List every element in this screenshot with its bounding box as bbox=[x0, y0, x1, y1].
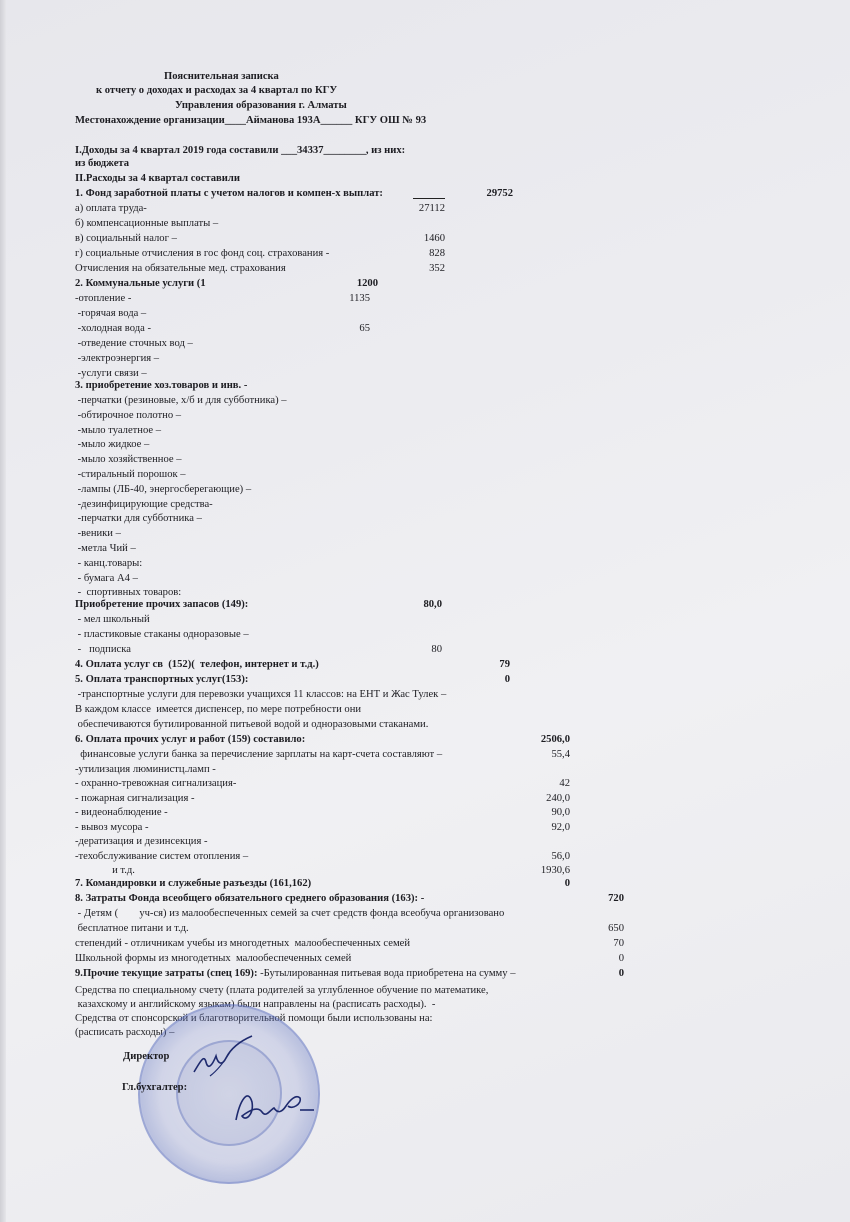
fund-item-value: 70 bbox=[590, 938, 624, 950]
fund-item-value: 0 bbox=[590, 953, 624, 965]
director-label: Директор bbox=[123, 1051, 169, 1063]
service-item: -техобслуживание систем отопления – bbox=[75, 851, 248, 863]
supply-item: -мыло туалетное – bbox=[75, 425, 161, 437]
section5-title: 5. Оплата транспортных услуг(153): bbox=[75, 674, 248, 686]
section8-title: 8. Затраты Фонда всеобщего обязательного… bbox=[75, 893, 424, 905]
section7-title: 7. Командировки и служебные разъезды (16… bbox=[75, 878, 311, 890]
supply-item: - бумага А4 – bbox=[75, 573, 138, 585]
other-supply-item-value: 80 bbox=[410, 644, 442, 656]
section7-total: 0 bbox=[540, 878, 570, 890]
utility-item: -отведение сточных вод – bbox=[75, 338, 193, 350]
service-item: финансовые услуги банка за перечисление … bbox=[75, 749, 442, 761]
service-item-value: 92,0 bbox=[510, 822, 570, 834]
section8-total: 720 bbox=[590, 893, 624, 905]
salary-item: б) компенсационные выплаты – bbox=[75, 218, 218, 230]
accountant-label: Гл.бухгалтер: bbox=[122, 1082, 187, 1094]
section1-title: 1. Фонд заработной платы с учетом налого… bbox=[75, 188, 383, 200]
director-signature bbox=[190, 1032, 260, 1082]
utility-item: -электроэнергия – bbox=[75, 353, 159, 365]
salary-item: Отчисления на обязательные мед. страхова… bbox=[75, 263, 286, 275]
section9-title: 9.Прочие текущие затраты (спец 169): bbox=[75, 968, 257, 979]
service-item-value: 55,4 bbox=[510, 749, 570, 761]
service-item: - вывоз мусора - bbox=[75, 822, 149, 834]
section9-total: 0 bbox=[590, 968, 624, 980]
utility-item: -отопление - bbox=[75, 293, 131, 305]
transport-note: обеспечиваются бутилированной питьевой в… bbox=[75, 719, 428, 731]
expenses-header: II.Расходы за 4 квартал составили bbox=[75, 173, 240, 185]
service-item: -дератизация и дезинсекция - bbox=[75, 836, 208, 848]
section3-title: 3. приобретение хоз.товаров и инв. - bbox=[75, 380, 247, 392]
supply-item: -стиральный порошок – bbox=[75, 469, 186, 481]
supply-item: -мыло хозяйственное – bbox=[75, 454, 182, 466]
supply-item: -лампы (ЛБ-40, энергосберегающие) – bbox=[75, 484, 251, 496]
footer-line: Средства по специальному счету (плата ро… bbox=[75, 985, 488, 997]
fund-item: степендий - отличникам учебы из многодет… bbox=[75, 938, 410, 950]
salary-item-value: 828 bbox=[400, 248, 445, 260]
fund-item: бесплатное питани и т.д. bbox=[75, 923, 189, 935]
salary-item: г) социальные отчисления в гос фонд соц.… bbox=[75, 248, 329, 260]
other-supply-item: - пластиковые стаканы одноразовые – bbox=[75, 629, 249, 641]
service-item-value: 56,0 bbox=[510, 851, 570, 863]
organization-location: Местонахождение организации____Айманова … bbox=[75, 115, 426, 127]
supply-item: - канц.товары: bbox=[75, 558, 142, 570]
service-item: - пожарная сигнализация - bbox=[75, 793, 195, 805]
supply-item: - спортивных товаров: bbox=[75, 587, 181, 599]
section4-title: 4. Оплата услуг св (152)( телефон, интер… bbox=[75, 659, 319, 671]
doc-subtitle-1: к отчету о доходах и расходах за 4 кварт… bbox=[96, 85, 337, 97]
utility-item-value: 65 bbox=[330, 323, 370, 335]
utility-item: -горячая вода – bbox=[75, 308, 146, 320]
section2-title: 2. Коммунальные услуги (1 bbox=[75, 278, 206, 290]
salary-item: а) оплата труда- bbox=[75, 203, 147, 215]
blank-underline bbox=[413, 198, 445, 199]
service-item-value: 1930,6 bbox=[510, 865, 570, 877]
service-item: и т.д. bbox=[75, 865, 135, 877]
supply-item: -метла Чий – bbox=[75, 543, 136, 555]
doc-subtitle-2: Управления образования г. Алматы bbox=[175, 100, 347, 112]
service-item: -утилизация люминистц.ламп - bbox=[75, 764, 216, 776]
paper-edge bbox=[0, 0, 6, 1222]
utility-item: -холодная вода - bbox=[75, 323, 151, 335]
other-supplies-total: 80,0 bbox=[400, 599, 442, 611]
section2-total: 1200 bbox=[330, 278, 378, 290]
utility-item: -услуги связи – bbox=[75, 368, 147, 380]
other-supply-item: - мел школьный bbox=[75, 614, 150, 626]
section9-text: -Бутылированная питьевая вода приобретен… bbox=[257, 968, 515, 979]
transport-note: В каждом классе имеется диспенсер, по ме… bbox=[75, 704, 361, 716]
service-item: - видеонаблюдение - bbox=[75, 807, 168, 819]
section5-total: 0 bbox=[480, 674, 510, 686]
transport-note: -транспортные услуги для перевозки учащи… bbox=[75, 689, 446, 701]
doc-title: Пояснительная записка bbox=[164, 71, 279, 83]
salary-item-value: 1460 bbox=[400, 233, 445, 245]
service-item-value: 240,0 bbox=[510, 793, 570, 805]
supply-item: -веники – bbox=[75, 528, 121, 540]
supply-item: -перчатки для субботника – bbox=[75, 513, 202, 525]
salary-item: в) социальный налог – bbox=[75, 233, 177, 245]
section9-line: 9.Прочие текущие затраты (спец 169): -Бу… bbox=[75, 968, 516, 980]
fund-item: Школьной формы из многодетных малообеспе… bbox=[75, 953, 351, 965]
service-item-value: 42 bbox=[510, 778, 570, 790]
section6-title: 6. Оплата прочих услуг и работ (159) сос… bbox=[75, 734, 305, 746]
income-source: из бюджета bbox=[75, 158, 129, 170]
fund-item: - Детям ( уч-ся) из малообеспеченных сем… bbox=[75, 908, 504, 920]
section1-total: 29752 bbox=[460, 188, 513, 200]
salary-item-value: 352 bbox=[400, 263, 445, 275]
utility-item-value: 1135 bbox=[330, 293, 370, 305]
supply-item: -обтирочное полотно – bbox=[75, 410, 181, 422]
other-supplies-title: Приобретение прочих запасов (149): bbox=[75, 599, 248, 611]
supply-item: -перчатки (резиновые, х/б и для субботни… bbox=[75, 395, 287, 407]
supply-item: -дезинфицирующие средства- bbox=[75, 499, 213, 511]
fund-item-value: 650 bbox=[590, 923, 624, 935]
accountant-signature bbox=[230, 1080, 330, 1130]
income-line: I.Доходы за 4 квартал 2019 года составил… bbox=[75, 145, 405, 157]
other-supply-item: - подписка bbox=[75, 644, 131, 656]
service-item-value: 90,0 bbox=[510, 807, 570, 819]
section6-total: 2506,0 bbox=[520, 734, 570, 746]
supply-item: -мыло жидкое – bbox=[75, 439, 149, 451]
section4-total: 79 bbox=[480, 659, 510, 671]
service-item: - охранно-тревожная сигнализация- bbox=[75, 778, 236, 790]
salary-item-value: 27112 bbox=[400, 203, 445, 215]
